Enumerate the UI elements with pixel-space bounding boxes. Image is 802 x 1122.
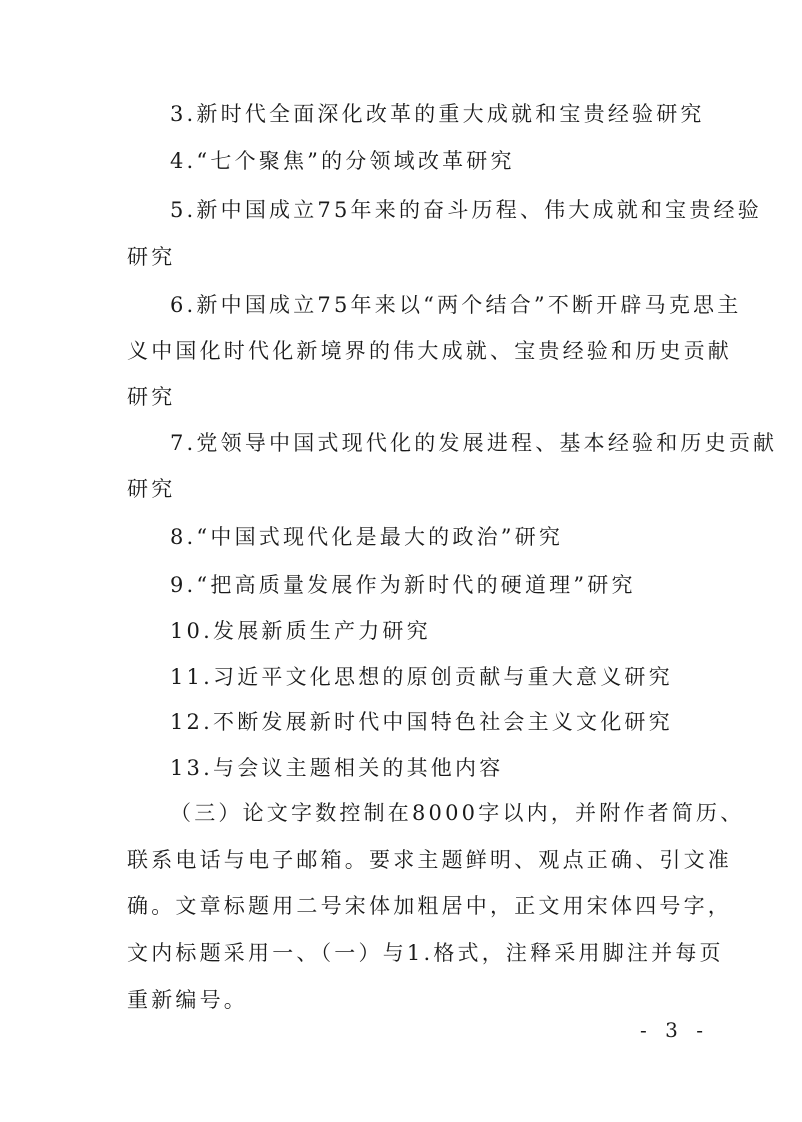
text-line: 研究 bbox=[127, 475, 697, 503]
text-line: 13.与会议主题相关的其他内容 bbox=[170, 754, 740, 782]
text-line: 11.习近平文化思想的原创贡献与重大意义研究 bbox=[170, 663, 740, 691]
text-line: 联系电话与电子邮箱。要求主题鲜明、观点正确、引文准 bbox=[127, 846, 697, 874]
page-number: - 3 - bbox=[640, 1018, 709, 1042]
text-line: 5.新中国成立75年来的奋斗历程、伟大成就和宝贵经验 bbox=[170, 196, 740, 224]
text-line: （三）论文字数控制在8000字以内，并附作者简历、 bbox=[170, 799, 740, 827]
text-line: 12.不断发展新时代中国特色社会主义文化研究 bbox=[170, 708, 740, 736]
text-line: 10.发展新质生产力研究 bbox=[170, 617, 740, 645]
text-line: 义中国化时代化新境界的伟大成就、宝贵经验和历史贡献 bbox=[127, 337, 697, 365]
text-line: 7.党领导中国式现代化的发展进程、基本经验和历史贡献 bbox=[170, 429, 740, 457]
text-line: 确。文章标题用二号宋体加粗居中，正文用宋体四号字， bbox=[127, 892, 697, 920]
text-line: 3.新时代全面深化改革的重大成就和宝贵经验研究 bbox=[170, 100, 740, 128]
text-line: 8.“中国式现代化是最大的政治”研究 bbox=[170, 523, 740, 551]
text-line: 6.新中国成立75年来以“两个结合”不断开辟马克思主 bbox=[170, 291, 740, 319]
text-line: 文内标题采用一、（一）与1.格式，注释采用脚注并每页 bbox=[127, 939, 697, 967]
text-line: 9.“把高质量发展作为新时代的硬道理”研究 bbox=[170, 571, 740, 599]
text-line: 重新编号。 bbox=[127, 986, 697, 1014]
text-line: 研究 bbox=[127, 243, 697, 271]
text-line: 4.“七个聚焦”的分领域改革研究 bbox=[170, 147, 740, 175]
text-line: 研究 bbox=[127, 383, 697, 411]
